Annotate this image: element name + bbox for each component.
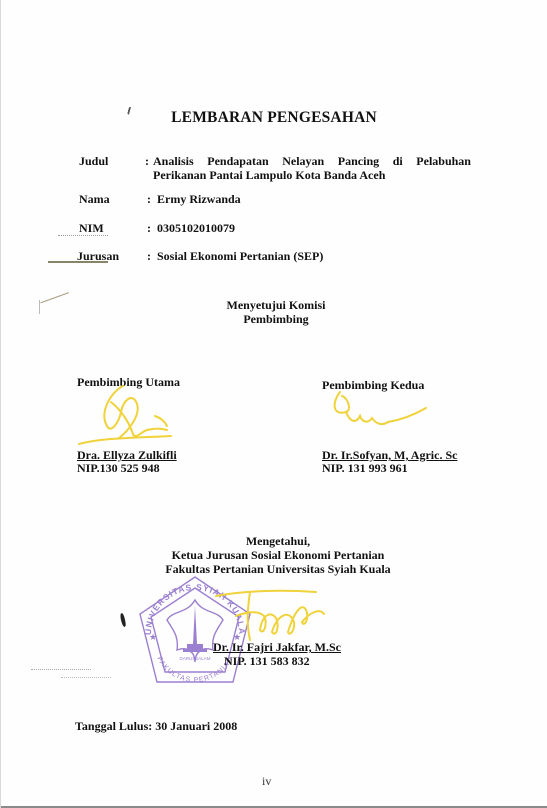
svg-text:FAKULTAS PERTANIAN: FAKULTAS PERTANIAN: [155, 656, 234, 684]
svg-text:DARUSSALAM: DARUSSALAM: [179, 656, 210, 661]
scan-mark: [31, 669, 91, 672]
scan-mark: [58, 235, 108, 238]
acknowledgement-line-1: Mengetahui,: [9, 534, 547, 548]
field-value-nim: 0305102010079: [157, 221, 235, 236]
field-label-nim: NIM: [79, 221, 104, 236]
field-separator: :: [147, 221, 151, 236]
judul-word: Pancing: [338, 154, 379, 168]
field-label-judul: Judul: [79, 154, 108, 169]
judul-line-2: Perikanan Pantai Lampulo Kota Banda Aceh: [153, 168, 471, 182]
supervisor-2-role: Pembimbing Kedua: [322, 378, 424, 393]
field-label-nama: Nama: [79, 192, 110, 207]
field-value-nama: Ermy Rizwanda: [157, 192, 241, 207]
acknowledgement-heading: Mengetahui, Ketua Jurusan Sosial Ekonomi…: [9, 534, 547, 576]
graduation-date: Tanggal Lulus: 30 Januari 2008: [75, 719, 237, 734]
judul-word: di: [393, 154, 403, 168]
supervisor-1-role: Pembimbing Utama: [77, 375, 180, 390]
svg-text:★: ★: [149, 632, 157, 642]
department-head-nip: NIP. 131 583 832: [224, 654, 310, 669]
judul-word: Pendapatan: [207, 154, 268, 168]
scan-mark: [120, 613, 127, 628]
svg-text:UNIVERSITAS SYIAH KUALA: UNIVERSITAS SYIAH KUALA: [143, 582, 247, 635]
field-value-judul: AnalisisPendapatanNelayanPancingdiPelabu…: [153, 154, 471, 182]
document-page: LEMBARAN PENGESAHAN Judul : AnalisisPend…: [0, 0, 547, 808]
supervisor-2-nip: NIP. 131 993 961: [322, 461, 408, 476]
scan-mark: [61, 677, 111, 680]
acknowledgement-line-2: Ketua Jurusan Sosial Ekonomi Pertanian: [9, 548, 547, 562]
page-title: LEMBARAN PENGESAHAN: [1, 109, 547, 127]
page-number: iv: [262, 774, 271, 789]
field-separator: :: [147, 249, 151, 264]
judul-word: Nelayan: [282, 154, 324, 168]
judul-word: Analisis: [153, 154, 194, 168]
field-separator: :: [145, 154, 149, 169]
field-separator: :: [147, 192, 151, 207]
approval-line-1: Menyetujui Komisi: [5, 298, 547, 312]
signature-supervisor-1: [71, 382, 181, 452]
field-value-jurusan: Sosial Ekonomi Pertanian (SEP): [157, 249, 323, 264]
scan-mark: [48, 261, 108, 265]
judul-line-1: AnalisisPendapatanNelayanPancingdiPelabu…: [153, 154, 471, 168]
department-head-name: Dr. Ir. Fajri Jakfar, M.Sc: [213, 640, 341, 655]
acknowledgement-line-3: Fakultas Pertanian Universitas Syiah Kua…: [9, 562, 547, 576]
approval-line-2: Pembimbing: [5, 312, 547, 326]
approval-heading: Menyetujui Komisi Pembimbing: [5, 298, 547, 326]
university-stamp: UNIVERSITAS SYIAH KUALA FAKULTAS PERTANI…: [133, 574, 257, 692]
supervisor-1-nip: NIP.130 525 948: [77, 461, 160, 476]
judul-word: Pelabuhan: [416, 154, 471, 168]
